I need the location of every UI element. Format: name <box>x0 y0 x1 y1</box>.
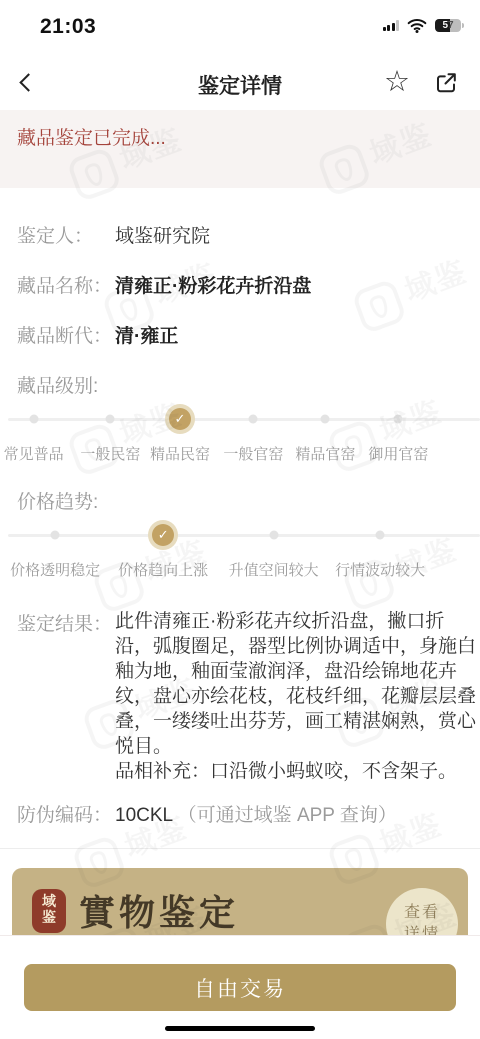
trend-stop-3[interactable]: ✓ <box>269 531 278 540</box>
trend-options: 价格透明稳定 价格趋向上涨 升值空间较大 行情波动较大 <box>0 559 480 579</box>
code-hint: （可通过域鉴 APP 查询） <box>178 805 397 826</box>
item-era-value: 清·雍正 <box>115 321 477 346</box>
level-stop-1[interactable]: ✓ <box>29 415 38 424</box>
result-supplement: 品相补充：口沿微小蚂蚁咬，不含架子。 <box>115 761 457 782</box>
level-options: 常见普品 一般民窑 精品民窑 一般官窑 精品官窑 御用官窑 <box>0 443 480 463</box>
level-option-label: 一般民窑 <box>80 443 140 464</box>
battery-percent: 57 <box>442 20 453 31</box>
level-stop-3[interactable]: ✓ <box>169 408 191 430</box>
code-label: 防伪编码： <box>17 800 115 827</box>
level-stop-5[interactable]: ✓ <box>321 415 330 424</box>
check-icon: ✓ <box>158 527 169 543</box>
trend-label: 价格趋势: <box>0 487 480 514</box>
clock: 21:03 <box>40 15 96 39</box>
appraiser-row: 鉴定人： 域鉴研究院 <box>0 221 480 246</box>
wifi-icon <box>407 18 427 33</box>
notice-text: 藏品鉴定已完成... <box>17 128 166 149</box>
appraisal-detail-page: 21:03 57 鉴定详情 ☆ <box>0 0 480 1039</box>
check-icon: ✓ <box>175 411 186 427</box>
code-value: 10CKL <box>115 805 172 826</box>
status-notice-bar: 藏品鉴定已完成... <box>0 110 480 188</box>
share-icon[interactable] <box>434 71 458 95</box>
slider-track <box>8 418 480 421</box>
seal-char-bottom: 鉴 <box>42 911 56 927</box>
seal-char-top: 域 <box>42 895 56 911</box>
result-label: 鉴定结果： <box>17 609 115 784</box>
result-text: 此件清雍正·粉彩花卉纹折沿盘，撇口折沿，弧腹圈足，器型比例协调适中，身施白釉为地… <box>115 611 476 757</box>
free-trade-button[interactable]: 自由交易 <box>24 964 456 1011</box>
cellular-signal-icon <box>383 20 400 31</box>
level-stop-4[interactable]: ✓ <box>249 415 258 424</box>
level-slider[interactable]: ✓ ✓ ✓ ✓ ✓ ✓ <box>0 400 480 438</box>
trend-stop-1[interactable]: ✓ <box>51 531 60 540</box>
level-stop-6[interactable]: ✓ <box>394 415 403 424</box>
result-value: 此件清雍正·粉彩花卉纹折沿盘，撇口折沿，弧腹圈足，器型比例协调适中，身施白釉为地… <box>115 609 477 784</box>
status-icons: 57 <box>383 18 465 33</box>
cta-line1: 查看 <box>404 902 440 924</box>
trend-option-label: 行情波动较大 <box>335 559 425 580</box>
home-indicator[interactable] <box>165 1026 315 1031</box>
item-era-row: 藏品断代： 清·雍正 <box>0 321 480 346</box>
level-option-label: 精品民窑 <box>150 443 210 464</box>
section-divider <box>0 848 480 849</box>
banner-title: 實物鉴定 <box>79 885 239 936</box>
level-option-label: 御用官窑 <box>368 443 428 464</box>
level-section: 藏品级别: ✓ ✓ ✓ ✓ ✓ ✓ 常见普品 一般民窑 精品民窑 一般官窑 精品… <box>0 371 480 463</box>
result-row: 鉴定结果： 此件清雍正·粉彩花卉纹折沿盘，撇口折沿，弧腹圈足，器型比例协调适中，… <box>0 609 480 784</box>
nav-header: 鉴定详情 ☆ <box>0 54 480 110</box>
item-name-value: 清雍正·粉彩花卉折沿盘 <box>115 271 477 296</box>
trend-section: 价格趋势: ✓ ✓ ✓ ✓ 价格透明稳定 价格趋向上涨 升值空间较大 行情波动较… <box>0 487 480 579</box>
trend-slider[interactable]: ✓ ✓ ✓ ✓ <box>0 516 480 554</box>
trend-option-label: 升值空间较大 <box>229 559 319 580</box>
level-option-label: 常见普品 <box>4 443 64 464</box>
favorite-star-icon[interactable]: ☆ <box>384 64 410 100</box>
battery-icon: 57 <box>435 19 464 32</box>
anticounterfeit-row: 防伪编码： 10CKL （可通过域鉴 APP 查询） <box>0 800 480 827</box>
trend-option-label: 价格透明稳定 <box>10 559 100 580</box>
level-stop-2[interactable]: ✓ <box>106 415 115 424</box>
trend-stop-4[interactable]: ✓ <box>376 531 385 540</box>
level-option-label: 一般官窑 <box>223 443 283 464</box>
code-value-wrap: 10CKL （可通过域鉴 APP 查询） <box>115 800 477 827</box>
appraiser-value: 域鉴研究院 <box>115 221 477 246</box>
status-bar: 21:03 57 <box>0 0 480 54</box>
item-era-label: 藏品断代： <box>17 321 115 346</box>
appraiser-label: 鉴定人： <box>17 221 115 246</box>
level-label: 藏品级别: <box>0 371 480 398</box>
item-name-row: 藏品名称： 清雍正·粉彩花卉折沿盘 <box>0 271 480 296</box>
level-option-label: 精品官窑 <box>295 443 355 464</box>
brand-seal-icon: 域 鉴 <box>32 889 66 933</box>
slider-track <box>8 534 480 537</box>
info-section: 鉴定人： 域鉴研究院 藏品名称： 清雍正·粉彩花卉折沿盘 藏品断代： 清·雍正 <box>0 221 480 346</box>
item-name-label: 藏品名称： <box>17 271 115 296</box>
bottom-action-bar: 自由交易 <box>0 935 480 1039</box>
trend-option-label: 价格趋向上涨 <box>118 559 208 580</box>
trend-stop-2[interactable]: ✓ <box>152 524 174 546</box>
